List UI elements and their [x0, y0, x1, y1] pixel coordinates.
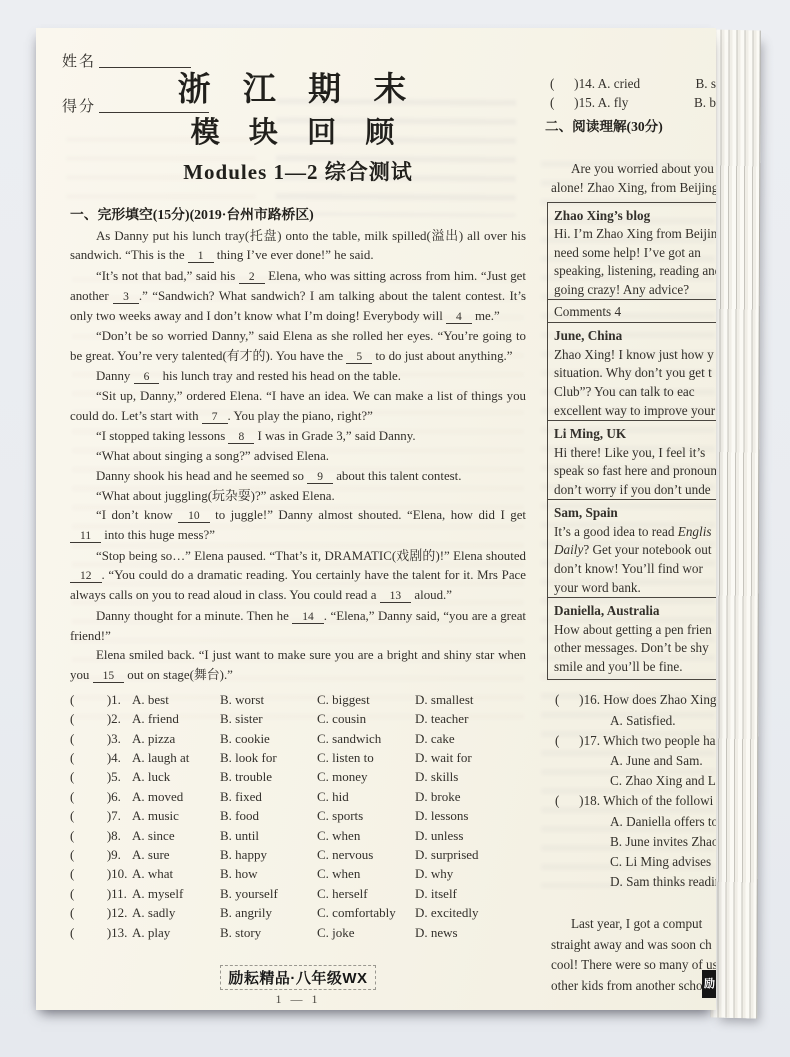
exam-title-line2: 模 块 回 顾 — [70, 112, 526, 154]
option-c: C. cousin — [317, 709, 415, 728]
passage-b-line: other kids from another school. — [545, 976, 716, 996]
option-d: D. smallest — [415, 690, 526, 709]
book-page-edges — [710, 30, 760, 1019]
option-c: C. when — [317, 826, 415, 845]
blog-row: Comments 4 — [548, 299, 716, 322]
reading-question-line: ( )18. Which of the followi — [545, 791, 716, 811]
option-row: ( )7. A. music B. food C. sports D. less… — [70, 806, 526, 825]
question-row: ( )14. A. cried B. s — [545, 74, 716, 93]
option-c: C. herself — [317, 884, 415, 903]
blog-row: speaking, listening, reading and — [548, 262, 716, 281]
option-b: B. story — [220, 923, 317, 942]
option-d: D. broke — [415, 787, 526, 806]
blog-row: Zhao Xing! I know just how y — [548, 346, 716, 365]
question-option-a: ( )15. A. fly — [550, 93, 694, 112]
series-badge: 励耘精品·八年级WX — [220, 965, 375, 990]
reading-question-line: A. Daniella offers to — [545, 812, 716, 832]
blog-row: situation. Why don’t you get t — [548, 364, 716, 383]
blog-row: excellent way to improve your — [548, 402, 716, 421]
option-number: ( )3. — [70, 729, 132, 748]
passage-paragraph: “Sit up, Danny,” ordered Elena. “I have … — [70, 387, 526, 427]
reading-question-line: A. Satisfied. B. — [545, 711, 716, 731]
option-d: D. lessons — [415, 806, 526, 825]
option-number: ( )10. — [70, 864, 132, 883]
option-b: B. food — [220, 806, 317, 825]
option-a: A. friend — [132, 709, 220, 728]
intro-line: alone! Zhao Xing, from Beijing, — [545, 178, 716, 197]
option-row: ( )10. A. what B. how C. when D. why — [70, 864, 526, 883]
blog-row: Hi there! Like you, I feel it’s — [548, 444, 716, 463]
blog-row: smile and you’ll be fine. — [548, 658, 716, 680]
passage-paragraph: Danny thought for a minute. Then he 14. … — [70, 607, 526, 647]
blog-row: Hi. I’m Zhao Xing from Beijin — [548, 225, 716, 244]
option-c: C. comfortably — [317, 903, 415, 922]
option-row: ( )6. A. moved B. fixed C. hid D. broke — [70, 787, 526, 806]
passage-paragraph: “Stop being so…” Elena paused. “That’s i… — [70, 547, 526, 607]
option-d: D. cake — [415, 729, 526, 748]
reading-question-line: C. Li Ming advises — [545, 852, 716, 872]
option-a: A. luck — [132, 767, 220, 786]
reading-a-intro: Are you worried about you alone! Zhao Xi… — [545, 159, 716, 197]
passage-paragraph: “I don’t know 10 to juggle!” Danny almos… — [70, 506, 526, 547]
option-b: B. yourself — [220, 884, 317, 903]
page-footer: 励耘精品·八年级WX 1 — 1 — [70, 965, 526, 1007]
option-b: B. cookie — [220, 729, 317, 748]
option-number: ( )7. — [70, 806, 132, 825]
option-number: ( )12. — [70, 903, 132, 922]
passage-paragraph: As Danny put his lunch tray(托盘) onto the… — [70, 227, 526, 267]
option-a: A. play — [132, 923, 220, 942]
part-b-label: B — [545, 892, 716, 912]
cloze-passage: As Danny put his lunch tray(托盘) onto the… — [70, 227, 526, 686]
reading-b-passage: Last year, I got a comput straight away … — [545, 914, 716, 996]
option-c: C. money — [317, 767, 415, 786]
question-option-b: B. s — [695, 74, 716, 93]
option-d: D. excitedly — [415, 903, 526, 922]
option-b: B. how — [220, 864, 317, 883]
passage-paragraph: Danny 6 his lunch tray and rested his he… — [70, 367, 526, 387]
option-number: ( )9. — [70, 845, 132, 864]
blog-row: going crazy! Any advice? — [548, 281, 716, 300]
option-b: B. angrily — [220, 903, 317, 922]
exam-title-line3: Modules 1—2 综合测试 — [70, 154, 526, 190]
passage-paragraph: Elena smiled back. “I just want to make … — [70, 646, 526, 686]
option-b: B. worst — [220, 690, 317, 709]
passage-paragraph: “What about singing a song?” advised Ele… — [70, 447, 526, 466]
passage-paragraph: “It’s not that bad,” said his 2 Elena, w… — [70, 267, 526, 328]
option-row: ( )4. A. laugh at B. look for C. listen … — [70, 748, 526, 767]
passage-paragraph: Danny shook his head and he seemed so 9 … — [70, 467, 526, 487]
section2-heading: 二、阅读理解(30分) — [545, 116, 716, 138]
passage-paragraph: “I stopped taking lessons 8 I was in Gra… — [70, 427, 526, 447]
questions-16-18: ( )16. How does Zhao Xing A. Satisfied. … — [545, 690, 716, 892]
option-row: ( )9. A. sure B. happy C. nervous D. sur… — [70, 845, 526, 864]
blog-row: speak so fast here and pronoun — [548, 462, 716, 481]
exam-title-line1: 浙 江 期 末 — [70, 68, 526, 112]
option-d: D. news — [415, 923, 526, 942]
option-a: A. pizza — [132, 729, 220, 748]
passage-paragraph: “Don’t be so worried Danny,” said Elena … — [70, 327, 526, 367]
option-d: D. why — [415, 864, 526, 883]
question-option-a: ( )14. A. cried — [550, 74, 695, 93]
option-a: A. sure — [132, 845, 220, 864]
option-row: ( )11. A. myself B. yourself C. herself … — [70, 884, 526, 903]
part-a-label: A — [545, 138, 716, 158]
option-number: ( )8. — [70, 826, 132, 845]
blog-row: other messages. Don’t be shy — [548, 639, 716, 658]
reading-question-line: A. June and Sam. — [545, 751, 716, 771]
option-number: ( )13. — [70, 923, 132, 942]
option-c: C. sports — [317, 806, 415, 825]
option-d: D. teacher — [415, 709, 526, 728]
option-c: C. joke — [317, 923, 415, 942]
option-number: ( )5. — [70, 767, 132, 786]
blog-row: How about getting a pen frien — [548, 621, 716, 640]
section1-heading: 一、完形填空(15分)(2019·台州市路桥区) — [70, 204, 526, 225]
cloze-options-table: ( )1. A. best B. worst C. biggest D. sma… — [70, 690, 526, 942]
reading-question-line: D. Sam thinks readin — [545, 872, 716, 892]
blog-box: Zhao Xing’s blog Hi. I’m Zhao Xing from … — [547, 202, 716, 680]
question-row: ( )15. A. fly B. b — [545, 93, 716, 112]
option-number: ( )1. — [70, 690, 132, 709]
option-row: ( )13. A. play B. story C. joke D. news — [70, 923, 526, 942]
option-a: A. sadly — [132, 903, 220, 922]
passage-b-line: straight away and was soon ch — [545, 935, 716, 955]
adjacent-page-badge: 励 — [702, 970, 716, 998]
blog-row: It’s a good idea to read Englis — [548, 523, 716, 542]
option-number: ( )6. — [70, 787, 132, 806]
option-row: ( )1. A. best B. worst C. biggest D. sma… — [70, 690, 526, 709]
option-row: ( )2. A. friend B. sister C. cousin D. t… — [70, 709, 526, 728]
photo-background: 姓名 得分 浙 江 期 末 模 块 回 顾 Modules 1—2 综合测试 一… — [0, 0, 790, 1057]
option-a: A. myself — [132, 884, 220, 903]
option-c: C. nervous — [317, 845, 415, 864]
blog-row: your word bank. — [548, 579, 716, 598]
passage-b-line: cool! There were so many of us — [545, 955, 716, 975]
blog-row: Zhao Xing’s blog — [548, 203, 716, 225]
option-d: D. skills — [415, 767, 526, 786]
passage-b-line: Last year, I got a comput — [545, 914, 716, 934]
reading-question-line: C. Zhao Xing and L — [545, 771, 716, 791]
option-b: B. until — [220, 826, 317, 845]
option-a: A. moved — [132, 787, 220, 806]
passage-paragraph: “What about juggling(玩杂耍)?” asked Elena. — [70, 487, 526, 506]
option-d: D. surprised — [415, 845, 526, 864]
question-option-b: B. b — [694, 93, 716, 112]
blog-row: don’t worry if you don’t unde — [548, 481, 716, 500]
option-b: B. look for — [220, 748, 317, 767]
option-b: B. happy — [220, 845, 317, 864]
blog-row: need some help! I’ve got an — [548, 244, 716, 263]
option-row: ( )5. A. luck B. trouble C. money D. ski… — [70, 767, 526, 786]
intro-line: Are you worried about you — [545, 159, 716, 178]
exam-title-block: 浙 江 期 末 模 块 回 顾 Modules 1—2 综合测试 — [70, 68, 526, 190]
exam-page: 姓名 得分 浙 江 期 末 模 块 回 顾 Modules 1—2 综合测试 一… — [36, 28, 716, 1010]
option-b: B. sister — [220, 709, 317, 728]
option-c: C. biggest — [317, 690, 415, 709]
option-a: A. since — [132, 826, 220, 845]
blog-row: don’t know! You’ll find wor — [548, 560, 716, 579]
option-number: ( )11. — [70, 884, 132, 903]
option-row: ( )12. A. sadly B. angrily C. comfortabl… — [70, 903, 526, 922]
questions-14-15: ( )14. A. cried B. s ( )15. A. fly B. b — [545, 74, 716, 112]
option-a: A. laugh at — [132, 748, 220, 767]
reading-question-line: B. June invites Zhao — [545, 832, 716, 852]
reading-question-line: ( )17. Which two people ha — [545, 731, 716, 751]
page-number: 1 — 1 — [70, 992, 526, 1007]
blog-row: Li Ming, UK — [548, 420, 716, 443]
option-c: C. when — [317, 864, 415, 883]
left-column: 一、完形填空(15分)(2019·台州市路桥区) As Danny put hi… — [70, 204, 526, 942]
reading-question-line: ( )16. How does Zhao Xing — [545, 690, 716, 710]
option-c: C. listen to — [317, 748, 415, 767]
option-row: ( )3. A. pizza B. cookie C. sandwich D. … — [70, 729, 526, 748]
option-d: D. unless — [415, 826, 526, 845]
option-a: A. what — [132, 864, 220, 883]
option-d: D. itself — [415, 884, 526, 903]
blog-row: Daniella, Australia — [548, 597, 716, 620]
option-c: C. sandwich — [317, 729, 415, 748]
option-a: A. music — [132, 806, 220, 825]
blog-row: Sam, Spain — [548, 499, 716, 522]
option-row: ( )8. A. since B. until C. when D. unles… — [70, 826, 526, 845]
option-b: B. trouble — [220, 767, 317, 786]
blog-row: Club”? You can talk to eac — [548, 383, 716, 402]
blog-row: June, China — [548, 322, 716, 345]
option-number: ( )4. — [70, 748, 132, 767]
option-number: ( )2. — [70, 709, 132, 728]
option-a: A. best — [132, 690, 220, 709]
option-d: D. wait for — [415, 748, 526, 767]
option-c: C. hid — [317, 787, 415, 806]
name-blank-line — [99, 54, 191, 68]
blog-row: Daily? Get your notebook out — [548, 541, 716, 560]
option-b: B. fixed — [220, 787, 317, 806]
right-column: ( )14. A. cried B. s ( )15. A. fly B. b … — [545, 74, 716, 996]
